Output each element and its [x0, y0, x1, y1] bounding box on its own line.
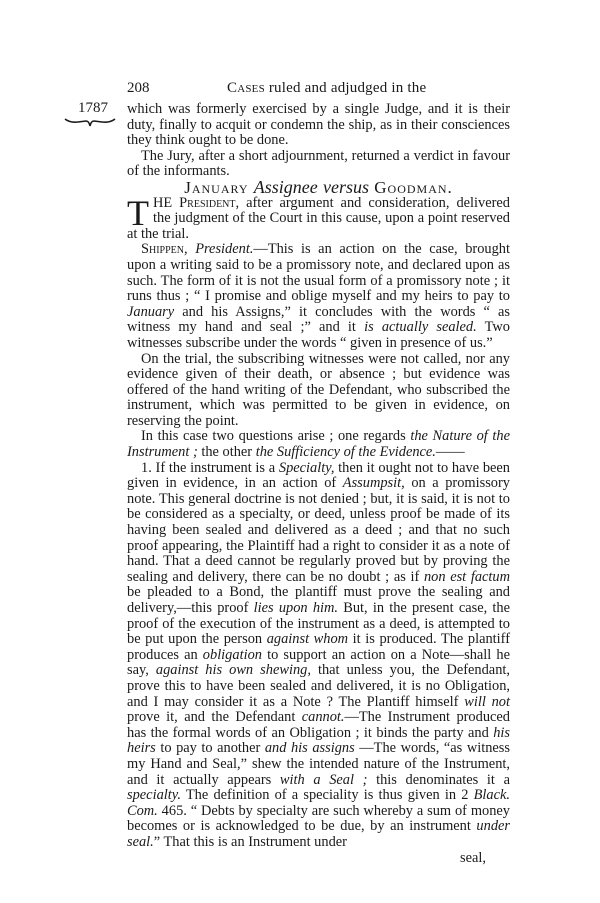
italic-run: will not — [464, 694, 510, 710]
book-page: 208 Cases ruled and adjudged in the 1787… — [0, 0, 600, 903]
opening-paragraph: THE President, after argument and consid… — [127, 196, 510, 243]
text-run: this denominates it a — [367, 772, 510, 788]
text-run: —— — [436, 444, 465, 460]
body-text: which was formerly exercised by a single… — [127, 102, 510, 866]
italic-run: Assumpsit, — [343, 475, 405, 491]
text-run: The definition of a speciality is thus g… — [181, 787, 474, 803]
italic-run: and his assigns — [265, 740, 355, 756]
text-run: 1. If the instrument is a — [141, 460, 279, 476]
italic-run: cannot. — [302, 709, 345, 725]
paragraph-shippen: Shippen, President.—This is an action on… — [127, 242, 510, 351]
text-run: 465. “ Debts by specialty are such where… — [127, 803, 510, 835]
running-head-caps: Cases — [227, 80, 265, 96]
italic-run: obligation — [203, 647, 262, 663]
running-head: Cases ruled and adjudged in the — [227, 80, 426, 97]
paragraph-questions: In this case two questions arise ; one r… — [127, 429, 510, 460]
margin-year: 1787 — [68, 100, 118, 117]
page-number: 208 — [127, 80, 150, 97]
text-run: In this case two questions arise ; one r… — [141, 428, 410, 444]
italic-run: lies upon him. — [254, 600, 338, 616]
italic-run: specialty. — [127, 787, 181, 803]
paragraph-trial: On the trial, the subscribing witnesses … — [127, 352, 510, 430]
text-run: the other — [198, 444, 256, 460]
catchword: seal, — [127, 851, 510, 867]
text-run: prove it, and the Defendant — [127, 709, 302, 725]
italic-run: January — [127, 304, 174, 320]
italic-run: Specialty, — [279, 460, 335, 476]
italic-run: is actually sealed. — [364, 319, 477, 335]
speaker-title: President. — [195, 241, 253, 257]
text-run: to pay to another — [156, 740, 265, 756]
page-header: 208 Cases ruled and adjudged in the — [127, 80, 512, 100]
verdict-paragraph: The Jury, after a short adjournment, ret… — [127, 149, 510, 180]
opening-caps: HE President, — [153, 195, 239, 211]
speaker-name: Shippen, — [141, 241, 188, 257]
italic-run: with a Seal ; — [280, 772, 368, 788]
text-run: ” That this is an Instrument under — [154, 834, 347, 850]
case-title: January Assignee versus Goodman. — [127, 180, 510, 196]
italic-run: the Sufficiency of the Evidence. — [256, 444, 436, 460]
italic-run: non est factum — [424, 569, 510, 585]
italic-run: against his own shewing, — [156, 662, 311, 678]
paragraph-point-one: 1. If the instrument is a Specialty, the… — [127, 461, 510, 851]
continuation-paragraph: which was formerly exercised by a single… — [127, 102, 510, 149]
running-head-text: ruled and adjudged in the — [265, 80, 426, 96]
brace-ornament-icon — [64, 117, 116, 127]
italic-run: against whom — [267, 631, 348, 647]
drop-cap: T — [127, 199, 149, 227]
